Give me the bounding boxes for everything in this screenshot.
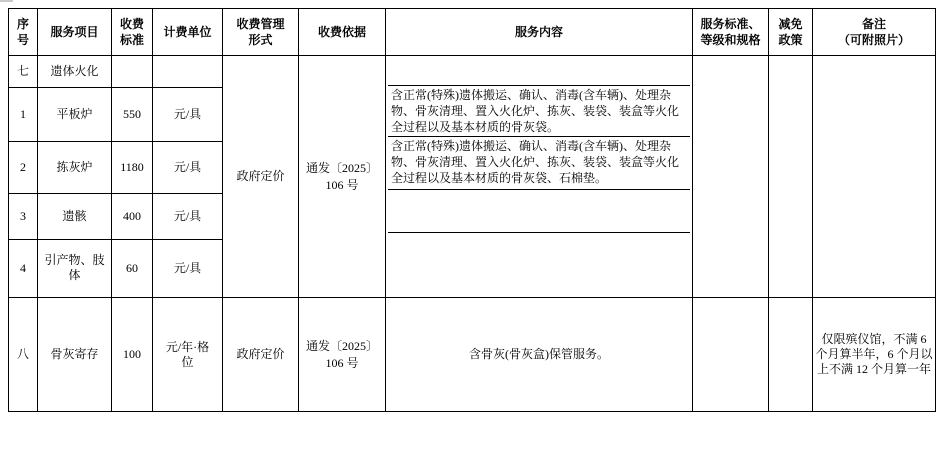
cell-price: 1180 <box>112 141 153 193</box>
cell-price: 400 <box>112 194 153 239</box>
cell-seq: 2 <box>9 141 38 193</box>
cell-service-name: 引产物、肢体 <box>38 239 112 298</box>
cell-seq: 4 <box>9 239 38 298</box>
cell-price: 60 <box>112 239 153 298</box>
cell-service-name: 平板炉 <box>38 88 112 141</box>
cell-remark <box>813 56 936 298</box>
service-content-empty <box>388 190 690 233</box>
cell-seq: 七 <box>9 56 38 88</box>
cell-reduction <box>769 56 813 298</box>
cell-reduction <box>769 298 813 412</box>
col-header-content: 服务内容 <box>386 9 693 56</box>
cell-seq: 3 <box>9 194 38 239</box>
service-content-row2: 含正常(特殊)遗体搬运、确认、消毒(含车辆)、处理杂物、骨灰清理、置入火化炉、拣… <box>388 137 690 190</box>
service-content-row1: 含正常(特殊)遗体搬运、确认、消毒(含车辆)、处理杂物、骨灰清理、置入火化炉、拣… <box>388 86 690 137</box>
page-edge-artifact <box>0 0 13 2</box>
cell-management: 政府定价 <box>223 56 299 298</box>
cell-unit: 元/具 <box>153 194 223 239</box>
cell-service-name: 遗体火化 <box>38 56 112 88</box>
cell-service-name: 拣灰炉 <box>38 141 112 193</box>
header-row: 序 号 服务项目 收费 标准 计费单位 收费管理 形式 收费依据 服务内容 服务… <box>9 9 936 56</box>
service-content-empty <box>388 57 690 86</box>
fee-schedule-table: 序 号 服务项目 收费 标准 计费单位 收费管理 形式 收费依据 服务内容 服务… <box>8 8 936 412</box>
service-content-grid: 含正常(特殊)遗体搬运、确认、消毒(含车辆)、处理杂物、骨灰清理、置入火化炉、拣… <box>388 57 690 296</box>
cell-seq: 八 <box>9 298 38 412</box>
cell-management: 政府定价 <box>223 298 299 412</box>
cell-unit <box>153 56 223 88</box>
col-header-standard: 服务标准、 等级和规格 <box>693 9 769 56</box>
cell-remark: 仅限殡仪馆，不满 6 个月算半年，6 个月以上不满 12 个月算一年 <box>813 298 936 412</box>
col-header-unit: 计费单位 <box>153 9 223 56</box>
cell-unit: 元/具 <box>153 88 223 141</box>
document-page: 序 号 服务项目 收费 标准 计费单位 收费管理 形式 收费依据 服务内容 服务… <box>0 0 940 454</box>
col-header-seq: 序 号 <box>9 9 38 56</box>
cell-price: 550 <box>112 88 153 141</box>
cell-price: 100 <box>112 298 153 412</box>
cell-service-content: 含骨灰(骨灰盒)保管服务。 <box>386 298 693 412</box>
cell-service-name: 遗骸 <box>38 194 112 239</box>
col-header-basis: 收费依据 <box>299 9 386 56</box>
cell-service-content-group: 含正常(特殊)遗体搬运、确认、消毒(含车辆)、处理杂物、骨灰清理、置入火化炉、拣… <box>386 56 693 298</box>
cell-basis: 通发〔2025〕 106 号 <box>299 298 386 412</box>
col-header-management: 收费管理 形式 <box>223 9 299 56</box>
cell-unit: 元/具 <box>153 141 223 193</box>
col-header-price: 收费 标准 <box>112 9 153 56</box>
cell-unit: 元/年·格 位 <box>153 298 223 412</box>
cell-unit: 元/具 <box>153 239 223 298</box>
cell-service-name: 骨灰寄存 <box>38 298 112 412</box>
col-header-service: 服务项目 <box>38 9 112 56</box>
table-row-section-cremation: 七 遗体火化 政府定价 通发〔2025〕 106 号 含正常(特殊)遗体搬运、确… <box>9 56 936 88</box>
col-header-remark: 备注 （可附照片） <box>813 9 936 56</box>
cell-basis: 通发〔2025〕 106 号 <box>299 56 386 298</box>
cell-price <box>112 56 153 88</box>
col-header-reduction: 减免 政策 <box>769 9 813 56</box>
table-row-section-storage: 八 骨灰寄存 100 元/年·格 位 政府定价 通发〔2025〕 106 号 含… <box>9 298 936 412</box>
cell-standard <box>693 56 769 298</box>
cell-seq: 1 <box>9 88 38 141</box>
service-content-empty <box>388 233 690 296</box>
cell-standard <box>693 298 769 412</box>
